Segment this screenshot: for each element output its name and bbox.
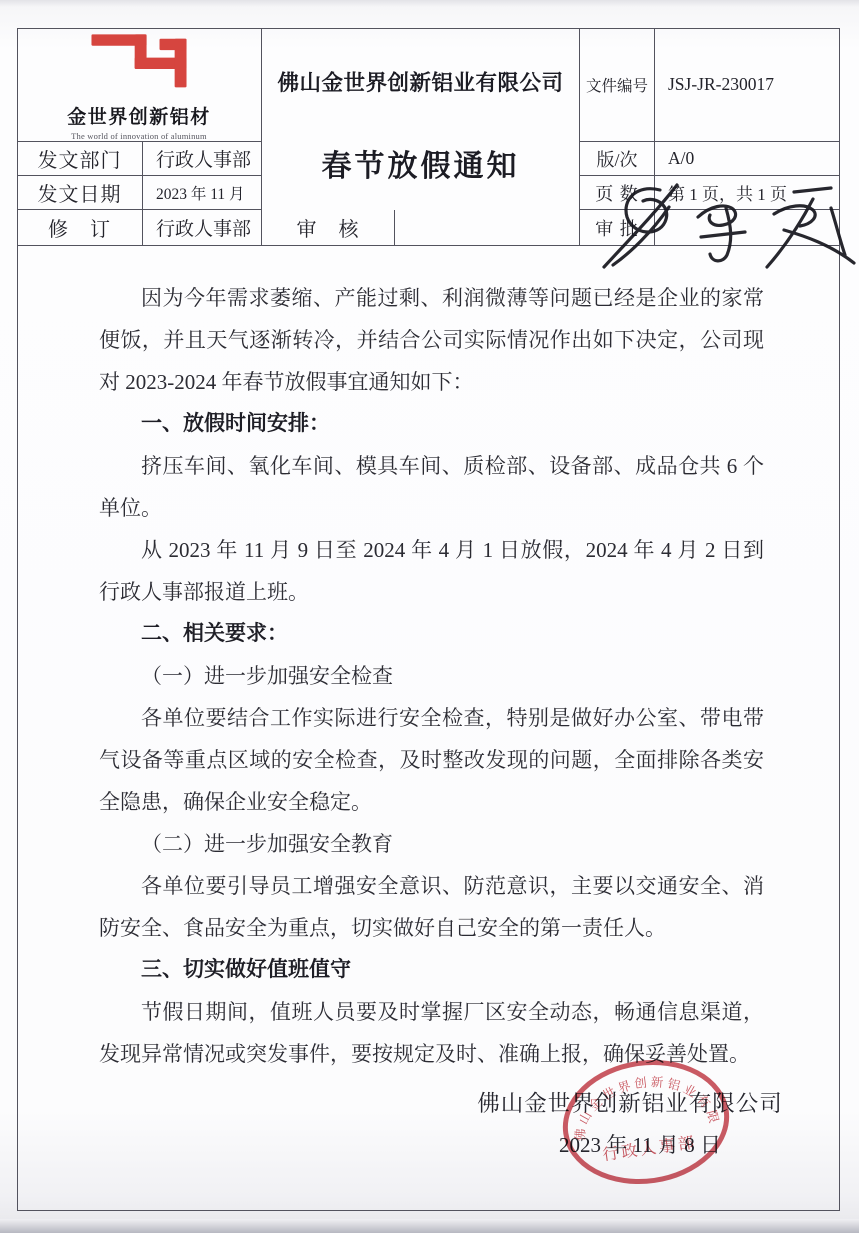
body-paragraph: 各单位要结合工作实际进行安全检查，特别是做好办公室、带电带气设备等重点区域的安全… xyxy=(99,697,764,823)
body-paragraph: 挤压车间、氧化车间、模具车间、质检部、设备部、成品仓共 6 个单位。 xyxy=(99,445,764,529)
body-subheading: （一）进一步加强安全检查 xyxy=(99,655,764,697)
scanned-holiday-notice-page: 金世界创新铝材 The world of innovation of alumi… xyxy=(0,0,859,1233)
review-value-cell xyxy=(395,210,580,246)
issue-date-value: 2023 年 11 月 xyxy=(156,182,245,204)
doc-no-label-cell: 文件编号 xyxy=(580,28,655,142)
company-stamp-icon: 佛山金世界创新铝业有限公司 行政人事部 xyxy=(550,1046,742,1198)
body-paragraph: 因为今年需求萎缩、产能过剩、利润微薄等问题已经是企业的家常便饭，并且天气逐渐转冷… xyxy=(99,277,764,403)
logo-brand-cn: 金世界创新铝材 xyxy=(67,102,211,129)
company-logo-icon xyxy=(85,28,193,97)
dept-value-cell: 行政人事部 xyxy=(143,142,262,176)
title-cell: 佛山金世界创新铝业有限公司 春节放假通知 xyxy=(262,28,580,210)
revision-label-cell: 修 订 xyxy=(17,210,143,246)
issue-date-value-cell: 2023 年 11 月 xyxy=(143,176,262,210)
body-paragraph: 各单位要引导员工增强安全意识、防范意识，主要以交通安全、消防安全、食品安全为重点… xyxy=(99,865,764,949)
approval-signature-icon xyxy=(598,178,859,282)
version-value-cell: A/0 xyxy=(655,142,840,176)
logo-brand-en: The world of innovation of aluminum xyxy=(71,131,207,141)
dept-label: 发文部门 xyxy=(38,144,122,173)
revision-label: 修 订 xyxy=(48,213,111,242)
document-title: 春节放假通知 xyxy=(322,141,520,185)
body-heading: 二、相关要求： xyxy=(99,613,764,655)
notice-body: 因为今年需求萎缩、产能过剩、利润微薄等问题已经是企业的家常便饭，并且天气逐渐转冷… xyxy=(99,277,764,1075)
body-paragraph: 从 2023 年 11 月 9 日至 2024 年 4 月 1 日放假，2024… xyxy=(99,529,764,613)
dept-label-cell: 发文部门 xyxy=(17,142,143,176)
review-label: 审 核 xyxy=(297,213,360,242)
issue-date-label-cell: 发文日期 xyxy=(17,176,143,210)
doc-no-label: 文件编号 xyxy=(586,74,648,96)
body-heading: 一、放假时间安排： xyxy=(99,403,764,445)
header-company-name: 佛山金世界创新铝业有限公司 xyxy=(277,66,563,97)
revision-value-cell: 行政人事部 xyxy=(143,210,262,246)
body-subheading: （二）进一步加强安全教育 xyxy=(99,823,764,865)
stamp-center-text: 行政人事部 xyxy=(601,1133,698,1164)
version-label: 版/次 xyxy=(596,146,637,172)
scan-edge-bottom xyxy=(0,1219,859,1233)
version-label-cell: 版/次 xyxy=(580,142,655,176)
revision-value: 行政人事部 xyxy=(156,214,251,241)
issue-date-label: 发文日期 xyxy=(38,178,122,207)
doc-no-value-cell: JSJ-JR-230017 xyxy=(655,28,840,142)
dept-value: 行政人事部 xyxy=(156,145,251,172)
doc-no-value: JSJ-JR-230017 xyxy=(668,74,774,95)
review-label-cell: 审 核 xyxy=(262,210,395,246)
logo-cell: 金世界创新铝材 The world of innovation of alumi… xyxy=(17,28,262,142)
scan-edge-top xyxy=(0,0,859,7)
body-heading: 三、切实做好值班值守 xyxy=(99,949,764,991)
version-value: A/0 xyxy=(668,148,694,169)
